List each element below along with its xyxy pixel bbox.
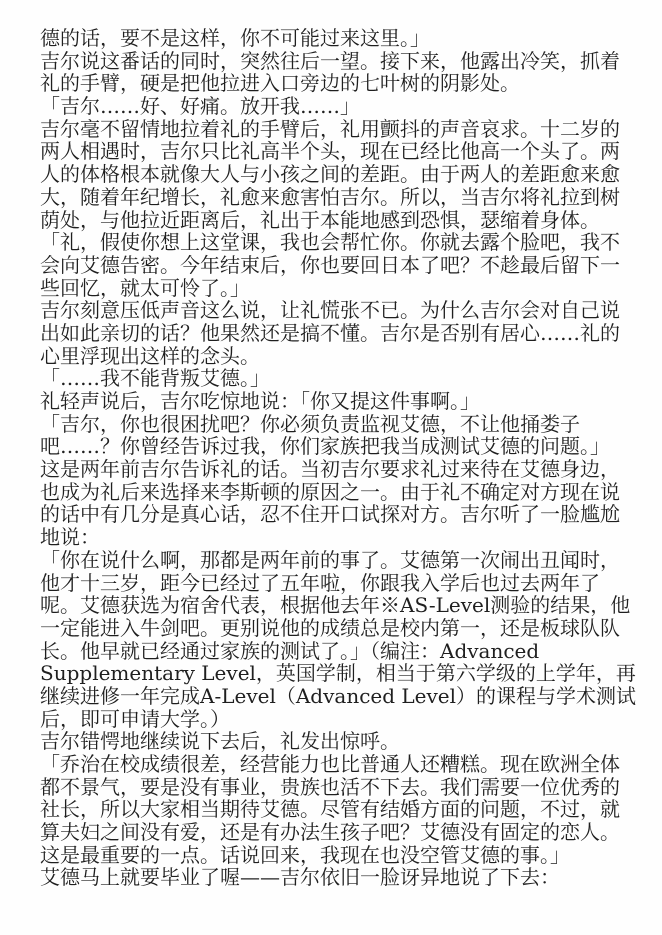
text-line: 社长，所以大家相当期待艾德。尽管有结婚方面的问题，不过，就 — [40, 798, 636, 821]
text-line: 吉尔错愕地继续说下去后，礼发出惊呼。 — [40, 730, 636, 753]
text-line: 吉尔说这番话的同时，突然往后一望。接下来，他露出冷笑，抓着 — [40, 50, 636, 73]
text-line: 吧……？你曾经告诉过我，你们家族把我当成测试艾德的问题。」 — [40, 435, 636, 458]
text-line: 吉尔刻意压低声音这么说，让礼慌张不已。为什么吉尔会对自己说 — [40, 299, 636, 322]
text-line: 的话中有几分是真心话，忍不住开口试探对方。吉尔听了一脸尴尬 — [40, 503, 636, 526]
text-line: 礼轻声说后，吉尔吃惊地说：「你又提这件事啊。」 — [40, 390, 636, 413]
text-line: 「礼，假使你想上这堂课，我也会帮忙你。你就去露个脸吧，我不 — [40, 231, 636, 254]
text-line: 地说： — [40, 526, 636, 549]
text-line: 会向艾德告密。今年结束后，你也要回日本了吧？不趁最后留下一 — [40, 254, 636, 277]
text-line: 吉尔毫不留情地拉着礼的手臂后，礼用颤抖的声音哀求。十二岁的 — [40, 118, 636, 141]
text-line: 一定能进入牛剑吧。更别说他的成绩总是校内第一，还是板球队队 — [40, 617, 636, 640]
page: 德的话，要不是这样，你不可能过来这里。」吉尔说这番话的同时，突然往后一望。接下来… — [0, 0, 662, 935]
text-line: 这是两年前吉尔告诉礼的话。当初吉尔要求礼过来待在艾德身边， — [40, 458, 636, 481]
text-line: 「乔治在校成绩很差，经营能力也比普通人还糟糕。现在欧洲全体 — [40, 753, 636, 776]
text-line: 都不景气，要是没有事业，贵族也活不下去。我们需要一位优秀的 — [40, 776, 636, 799]
text-line: 些回忆，就太可怜了。」 — [40, 277, 636, 300]
text-line: 长。他早就已经通过家族的测试了。」（编注：Advanced — [40, 640, 636, 663]
text-line: 也成为礼后来选择来李斯顿的原因之一。由于礼不确定对方现在说 — [40, 481, 636, 504]
text-line: 这是最重要的一点。话说回来，我现在也没空管艾德的事。」 — [40, 844, 636, 867]
text-line: 他才十三岁，距今已经过了五年啦，你跟我入学后也过去两年了 — [40, 572, 636, 595]
text-line: 荫处，与他拉近距离后，礼出于本能地感到恐惧，瑟缩着身体。 — [40, 209, 636, 232]
text-line: 「吉尔，你也很困扰吧？你必须负责监视艾德，不让他捅娄子 — [40, 413, 636, 436]
text-line: 心里浮现出这样的念头。 — [40, 345, 636, 368]
text-line: 呢。艾德获选为宿舍代表，根据他去年※AS-Level测验的结果，他 — [40, 594, 636, 617]
text-line: 后，即可申请大学。） — [40, 708, 636, 731]
text-line: 艾德马上就要毕业了喔——吉尔依旧一脸讶异地说了下去： — [40, 866, 636, 889]
text-block: 德的话，要不是这样，你不可能过来这里。」吉尔说这番话的同时，突然往后一望。接下来… — [40, 27, 636, 889]
text-line: 礼的手臂，硬是把他拉进入口旁边的七叶树的阴影处。 — [40, 72, 636, 95]
text-line: 人的体格根本就像大人与小孩之间的差距。由于两人的差距愈来愈 — [40, 163, 636, 186]
text-line: 德的话，要不是这样，你不可能过来这里。」 — [40, 27, 636, 50]
text-line: 出如此亲切的话？他果然还是搞不懂。吉尔是否别有居心……礼的 — [40, 322, 636, 345]
text-line: Supplementary Level，英国学制，相当于第六学级的上学年，再 — [40, 662, 636, 685]
text-line: 「吉尔……好、好痛。放开我……」 — [40, 95, 636, 118]
text-line: 大，随着年纪增长，礼愈来愈害怕吉尔。所以，当吉尔将礼拉到树 — [40, 186, 636, 209]
text-line: 继续进修一年完成A-Level（Advanced Level）的课程与学术测试 — [40, 685, 636, 708]
text-line: 算夫妇之间没有爱，还是有办法生孩子吧？艾德没有固定的恋人。 — [40, 821, 636, 844]
text-line: 「你在说什么啊，那都是两年前的事了。艾德第一次闹出丑闻时， — [40, 549, 636, 572]
text-line: 两人相遇时，吉尔只比礼高半个头，现在已经比他高一个头了。两 — [40, 140, 636, 163]
text-line: 「……我不能背叛艾德。」 — [40, 367, 636, 390]
